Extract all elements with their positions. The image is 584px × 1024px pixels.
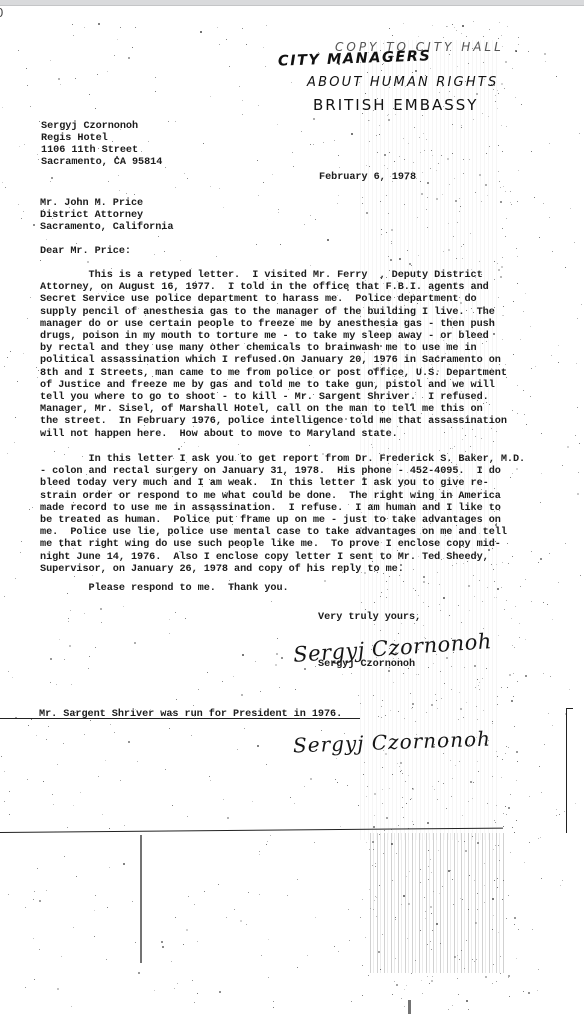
body-line: Supervisor, on January 26, 1978 and copy… (40, 564, 404, 576)
letter-date: February 6, 1978 (319, 172, 416, 184)
sender-address-line: 1106 11th Street (41, 145, 138, 157)
body-line: - colon and rectal surgery on January 31… (40, 466, 501, 478)
body-line: political assassination which I refused.… (40, 355, 501, 367)
body-line: night June 14, 1976. Also I enclose copy… (40, 552, 489, 564)
salutation: Dear Mr. Price: (40, 246, 131, 258)
body-line: by rectal and they use many other chemic… (40, 343, 477, 355)
body-line: me that right wing do use such people li… (40, 539, 501, 551)
sender-address-line: Regis Hotel (41, 133, 108, 145)
recipient-line: District Attorney (40, 210, 143, 222)
body-line: of Justice and freeze me by gas and told… (40, 380, 495, 392)
body-line: me. Police use lie, police use mental ca… (40, 527, 507, 539)
body-line: bleed today very much and I am weak. In … (40, 478, 489, 490)
photocopy-mark (408, 1000, 411, 1014)
body-line: strain order or respond to me what could… (40, 491, 501, 503)
closing: Very truly yours, (318, 612, 421, 624)
body-line: the street. In February 1976, police int… (40, 416, 507, 428)
annotation-about-human-rights: ABOUT HUMAN RIGHTS (307, 75, 498, 90)
body-line: be treated as human. Police put frame up… (40, 515, 501, 527)
typed-signature: Sergyj Czornonoh (318, 659, 415, 671)
photocopy-streak (140, 835, 142, 963)
body-line: This is a retyped letter. I visited Mr. … (40, 270, 483, 282)
body-line: manager do or use certain people to free… (40, 319, 495, 331)
body-line: drugs, poison in my mouth to torture me … (40, 331, 489, 343)
recipient-line: Sacramento, California (40, 222, 173, 234)
body-line: Attorney, on August 16, 1977. I told in … (40, 282, 489, 294)
body-line: made record to use me in assassination. … (40, 503, 501, 515)
body-line: Please respond to me. Thank you. (40, 583, 289, 595)
photocopy-dark-band (370, 833, 505, 973)
margin-bracket (566, 708, 573, 833)
sender-name: Sergyj Czornonoh (41, 121, 138, 133)
annotation-british-embassy: BRITISH EMBASSY (313, 96, 478, 114)
body-line: supply pencil of anesthesia gas to the m… (40, 307, 495, 319)
body-line: Manager, Mr. Sisel, of Marshall Hotel, c… (40, 404, 483, 416)
scanned-letter-page: COPY TO CITY HALL CITY MANAGERS ABOUT HU… (0, 0, 584, 1024)
body-line: tell you where to go to shoot - to kill … (40, 392, 489, 404)
recipient-line: Mr. John M. Price (40, 198, 143, 210)
body-line: 8th and I Streets, man came to me from p… (40, 368, 507, 380)
body-line: In this letter I ask you to get report f… (40, 454, 525, 466)
body-line: will not happen here. How about to move … (40, 429, 398, 441)
postscript: Mr. Sargent Shriver was run for Presiden… (39, 709, 342, 721)
sender-address-line: Sacramento, CA 95814 (41, 157, 162, 169)
body-line: Secret Service use police department to … (40, 294, 477, 306)
postscript-underline (0, 718, 360, 719)
